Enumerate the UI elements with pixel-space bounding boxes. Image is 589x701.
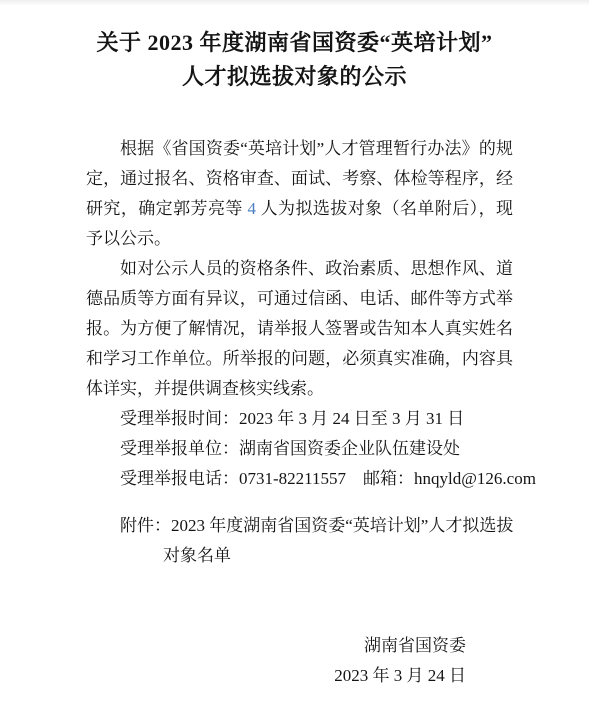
report-time-line: 受理举报时间：2023 年 3 月 24 日至 3 月 31 日 (86, 404, 513, 434)
page-title: 关于 2023 年度湖南省国资委“英培计划” 人才拟选拔对象的公示 (40, 26, 549, 94)
paragraph-objection-notice: 如对公示人员的资格条件、政治素质、思想作风、道德品质等方面有异议，可通过信函、电… (86, 254, 513, 404)
report-unit-line: 受理举报单位：湖南省国资委企业队伍建设处 (86, 434, 513, 464)
report-contact-line: 受理举报电话：0731-82211557 邮箱：hnqyld@126.com (86, 464, 513, 494)
attachment-line-1: 附件：2023 年度湖南省国资委“英培计划”人才拟选拔 (86, 511, 513, 541)
page-top-shadow (0, 0, 589, 6)
title-line-2: 人才拟选拔对象的公示 (40, 60, 549, 94)
signature-date: 2023 年 3 月 24 日 (86, 661, 466, 691)
signature-block: 湖南省国资委 2023 年 3 月 24 日 (86, 631, 513, 691)
document-page: 关于 2023 年度湖南省国资委“英培计划” 人才拟选拔对象的公示 根据《省国资… (0, 0, 589, 701)
document-body: 根据《省国资委“英培计划”人才管理暂行办法》的规定，通过报名、资格审查、面试、考… (86, 134, 513, 691)
paragraph-selection-basis: 根据《省国资委“英培计划”人才管理暂行办法》的规定，通过报名、资格审查、面试、考… (86, 134, 513, 254)
title-line-1: 关于 2023 年度湖南省国资委“英培计划” (40, 26, 549, 60)
attachment-note: 附件：2023 年度湖南省国资委“英培计划”人才拟选拔 对象名单 (86, 511, 513, 571)
candidate-count: 4 (247, 199, 256, 218)
signature-org: 湖南省国资委 (86, 631, 466, 661)
attachment-line-2: 对象名单 (86, 541, 513, 571)
